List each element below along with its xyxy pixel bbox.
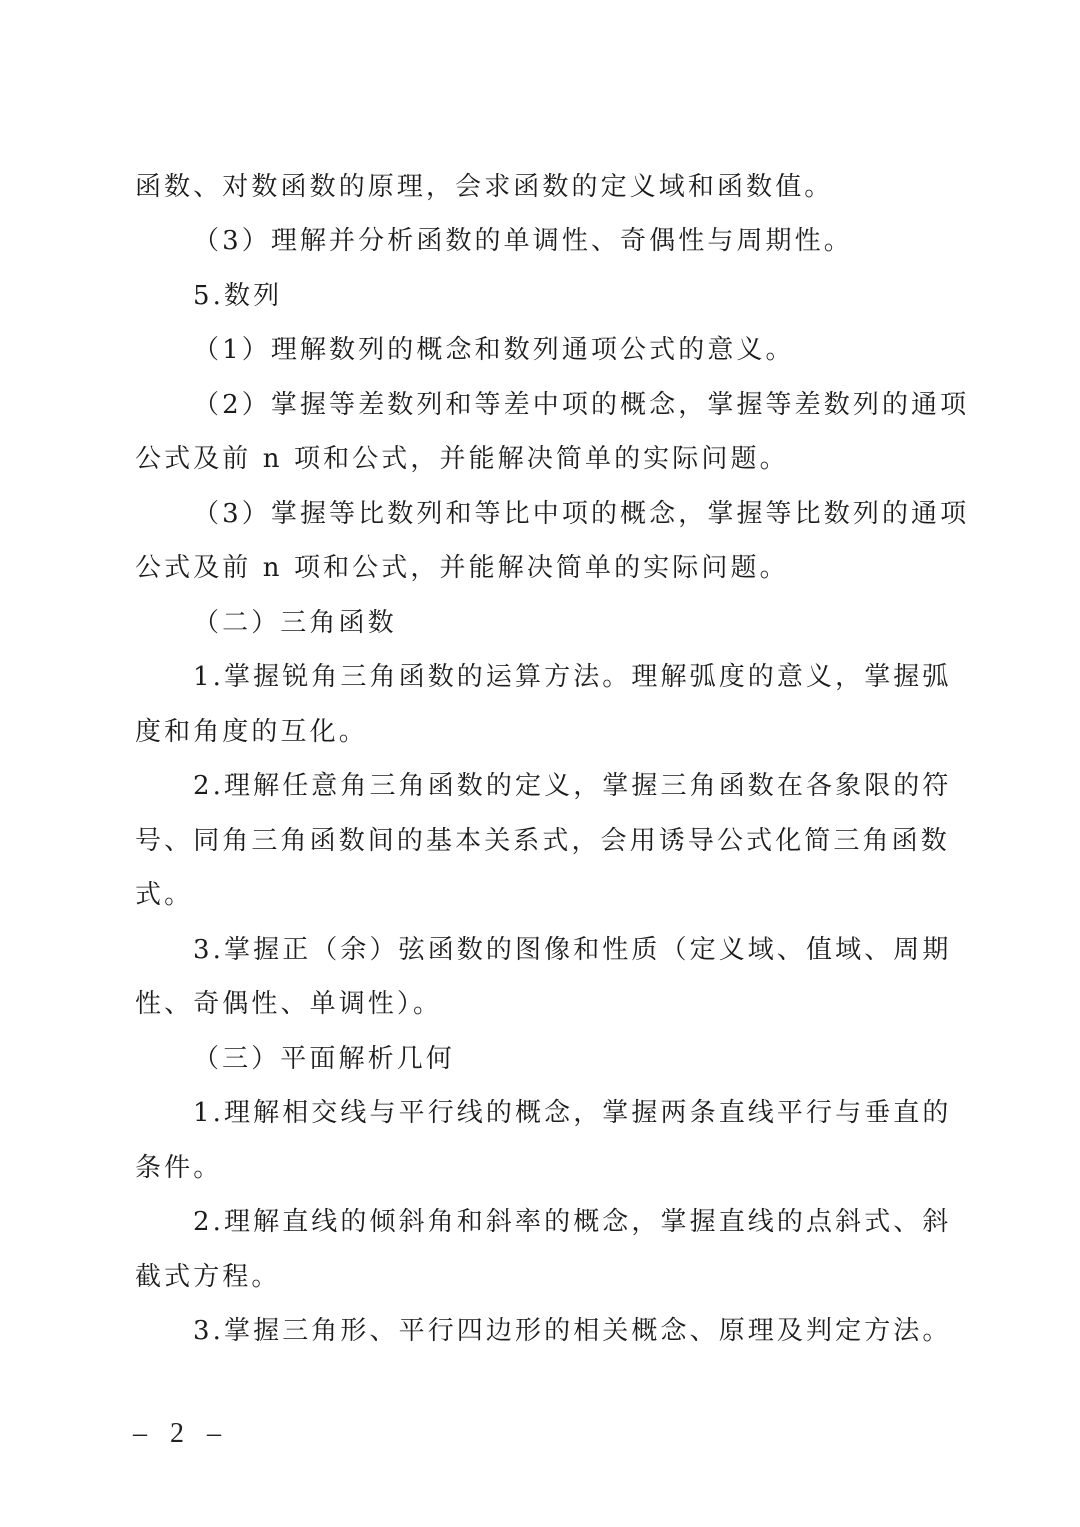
text-line-continuation: 截式方程。 bbox=[135, 1260, 955, 1294]
text-line-item: （2）掌握等差数列和等差中项的概念，掌握等差数列的通项 bbox=[193, 388, 1013, 422]
page-number: – 2 – bbox=[133, 1418, 229, 1450]
document-page: 函数、对数函数的原理，会求函数的定义域和函数值。 （3）理解并分析函数的单调性、… bbox=[0, 0, 1080, 1527]
text-line-item: 3.掌握正（余）弦函数的图像和性质（定义域、值域、周期 bbox=[193, 933, 1013, 967]
text-line-item: 1.掌握锐角三角函数的运算方法。理解弧度的意义，掌握弧 bbox=[193, 660, 1013, 694]
text-line-continuation: 式。 bbox=[135, 878, 955, 912]
text-line-continuation: 公式及前 n 项和公式，并能解决简单的实际问题。 bbox=[135, 551, 955, 585]
text-line-continuation: 号、同角三角函数间的基本关系式，会用诱导公式化简三角函数 bbox=[135, 824, 955, 858]
text-line-item: （3）掌握等比数列和等比中项的概念，掌握等比数列的通项 bbox=[193, 497, 1013, 531]
section-heading-trigonometry: （二）三角函数 bbox=[193, 606, 1013, 640]
section-heading-plane-geometry: （三）平面解析几何 bbox=[193, 1042, 1013, 1076]
text-line-continuation: 条件。 bbox=[135, 1151, 955, 1185]
text-line-item: （3）理解并分析函数的单调性、奇偶性与周期性。 bbox=[193, 224, 1013, 258]
text-line-item: 2.理解任意角三角函数的定义，掌握三角函数在各象限的符 bbox=[193, 769, 1013, 803]
text-line-continuation: 性、奇偶性、单调性）。 bbox=[135, 987, 955, 1021]
text-line-continuation: 度和角度的互化。 bbox=[135, 715, 955, 749]
text-line-item: 1.理解相交线与平行线的概念，掌握两条直线平行与垂直的 bbox=[193, 1096, 1013, 1130]
text-line-continuation: 函数、对数函数的原理，会求函数的定义域和函数值。 bbox=[135, 170, 955, 204]
section-heading-sequences: 5.数列 bbox=[193, 279, 1013, 313]
text-line-item: 2.理解直线的倾斜角和斜率的概念，掌握直线的点斜式、斜 bbox=[193, 1205, 1013, 1239]
text-line-item: （1）理解数列的概念和数列通项公式的意义。 bbox=[193, 333, 1013, 367]
text-line-item: 3.掌握三角形、平行四边形的相关概念、原理及判定方法。 bbox=[193, 1314, 1013, 1348]
text-line-continuation: 公式及前 n 项和公式，并能解决简单的实际问题。 bbox=[135, 442, 955, 476]
